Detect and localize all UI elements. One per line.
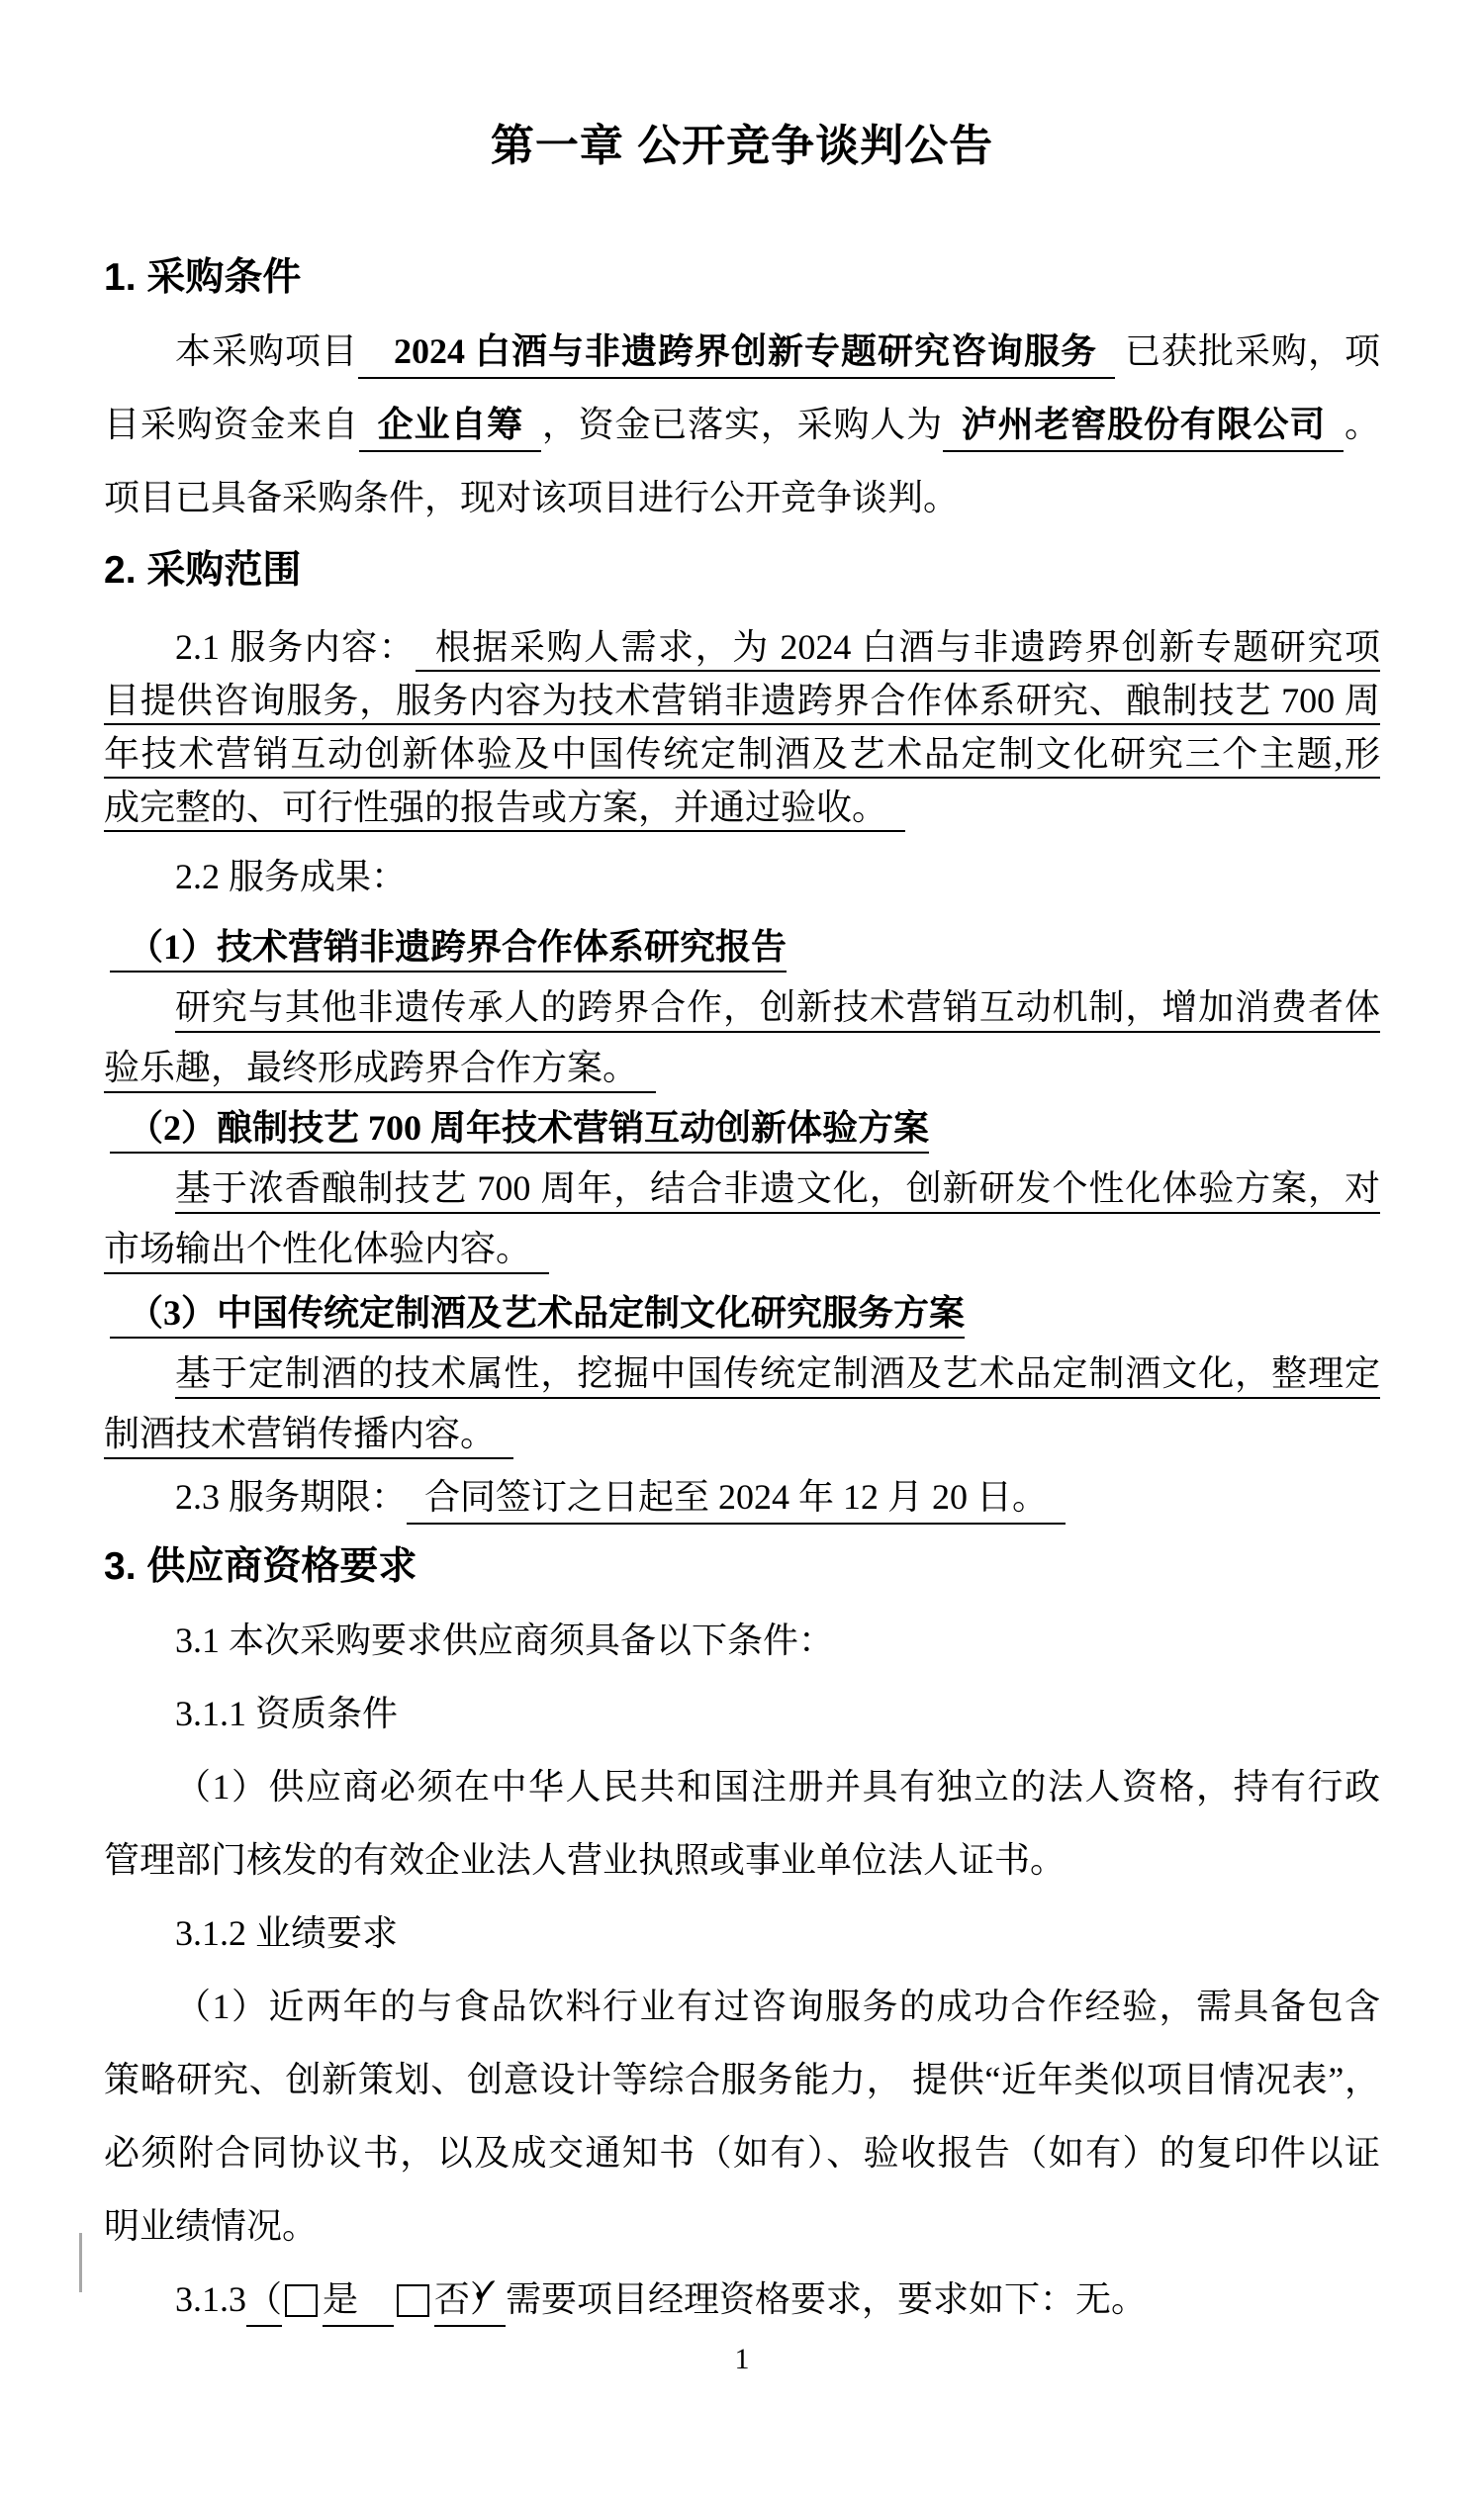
doc-line: 2.3 服务期限： 合同签订之日起至 2024 年 12 月 20 日。 (104, 1464, 1380, 1530)
doc-line: 1. 采购条件 (104, 241, 1380, 315)
text-segment: 成完整的、可行性强的报告或方案，并通过验收。 (104, 788, 905, 832)
revision-marker (79, 2233, 82, 2292)
text-segment: （1）近两年的与食品饮料行业有过咨询服务的成功合作经验，需具备包含 (175, 1987, 1380, 2026)
text-segment: 2.3 服务期限： (175, 1477, 407, 1517)
doc-line: 3.1 本次采购要求供应商须具备以下条件： (104, 1604, 1380, 1677)
text-segment: 验乐趣，最终形成跨界合作方案。 (104, 1048, 656, 1093)
text-segment: （1）技术营销非遗跨界合作体系研究报告 (110, 927, 787, 973)
text-segment: 研究与其他非遗传承人的跨界合作，创新技术营销互动机制，增加消费者体 (175, 987, 1380, 1033)
text-segment: 。 (1344, 405, 1380, 444)
text-segment: 3. 供应商资格要求 (104, 1545, 417, 1588)
text-segment: 1. 采购条件 (104, 256, 301, 299)
text-segment: 合同签订之日起至 2024 年 12 月 20 日。 (407, 1477, 1066, 1525)
doc-line: 3.1.2 业绩要求 (104, 1897, 1380, 1970)
doc-line: 验乐趣，最终形成跨界合作方案。 (104, 1038, 1380, 1098)
text-segment: 3.1.1 资质条件 (175, 1694, 398, 1733)
text-segment: （1）供应商必须在中华人民共和国注册并具有独立的法人资格，持有行政 (175, 1767, 1380, 1807)
doc-line: 明业绩情况。 (104, 2189, 1380, 2263)
text-segment: （3）中国传统定制酒及艺术品定制文化研究服务方案 (110, 1293, 965, 1339)
text-segment: 泸州老窖股份有限公司 (943, 405, 1344, 452)
doc-line: （1）供应商必须在中华人民共和国注册并具有独立的法人资格，持有行政 (104, 1750, 1380, 1823)
document-content: 第一章 公开竞争谈判公告 1. 采购条件本采购项目 2024 白酒与非遗跨界创新… (0, 119, 1484, 2379)
doc-line: 2. 采购范围 (104, 534, 1380, 607)
doc-line: 2.1 服务内容： 根据采购人需求，为 2024 白酒与非遗跨界创新专题研究项 (104, 620, 1380, 674)
text-segment: 基于浓香酿制技艺 700 周年，结合非遗文化，创新研发个性化体验方案，对 (175, 1168, 1380, 1214)
doc-line: （1）技术营销非遗跨界合作体系研究报告 (104, 917, 1380, 977)
text-segment: 2. 采购范围 (104, 549, 301, 592)
text-segment: 年技术营销互动创新体验及中国传统定制酒及艺术品定制文化研究三个主题,形 (104, 734, 1380, 779)
text-segment: 管理部门核发的有效企业法人营业执照或事业单位法人证书。 (104, 1840, 1066, 1880)
doc-line: （1）近两年的与食品饮料行业有过咨询服务的成功合作经验，需具备包含 (104, 1970, 1380, 2043)
doc-line: （2）酿制技艺 700 周年技术营销互动创新体验方案 (104, 1098, 1380, 1159)
text-segment: 策略研究、创新策划、创意设计等综合服务能力， 提供“近年类似项目情况表”， (104, 2060, 1380, 2099)
doc-line: 3. 供应商资格要求 (104, 1530, 1380, 1604)
text-segment: 需要项目经理资格要求，要求如下：无。 (506, 2279, 1147, 2319)
text-segment: 项目已具备采购条件，现对该项目进行公开竞争谈判。 (104, 478, 959, 517)
doc-line: 制酒技术营销传播内容。 (104, 1404, 1380, 1464)
doc-line: 成完整的、可行性强的报告或方案，并通过验收。 (104, 781, 1380, 834)
text-segment: 明业绩情况。 (104, 2206, 318, 2246)
check-mark-icon: ✓ (400, 2274, 501, 2310)
text-segment: 3.1.2 业绩要求 (175, 1913, 398, 1953)
text-segment: 目采购资金来自 (104, 405, 359, 444)
doc-line: 管理部门核发的有效企业法人营业执照或事业单位法人证书。 (104, 1823, 1380, 1897)
page-title: 第一章 公开竞争谈判公告 (104, 119, 1380, 174)
doc-line: 基于浓香酿制技艺 700 周年，结合非遗文化，创新研发个性化体验方案，对 (104, 1159, 1380, 1219)
doc-line: 研究与其他非遗传承人的跨界合作，创新技术营销互动机制，增加消费者体 (104, 977, 1380, 1038)
doc-line: 基于定制酒的技术属性，挖掘中国传统定制酒及艺术品定制酒文化，整理定 (104, 1344, 1380, 1404)
text-segment: 必须附合同协议书，以及成交通知书（如有）、验收报告（如有）的复印件以证 (104, 2133, 1380, 2173)
text-segment: 已获批采购，项 (1115, 331, 1380, 371)
text-segment: 2024 白酒与非遗跨界创新专题研究咨询服务 (358, 331, 1115, 379)
page-number: 1 (104, 2340, 1380, 2379)
text-segment: （2）酿制技艺 700 周年技术营销互动创新体验方案 (110, 1108, 929, 1154)
doc-body: 1. 采购条件本采购项目 2024 白酒与非遗跨界创新专题研究咨询服务 已获批采… (104, 241, 1380, 2336)
text-segment: 基于定制酒的技术属性，挖掘中国传统定制酒及艺术品定制酒文化，整理定 (175, 1353, 1380, 1399)
checkbox-checked-icon: ✓ (397, 2284, 429, 2317)
checkbox-unchecked-icon (285, 2284, 318, 2317)
text-segment: 目提供咨询服务，服务内容为技术营销非遗跨界合作体系研究、酿制技艺 700 周 (104, 681, 1380, 725)
doc-line: （3）中国传统定制酒及艺术品定制文化研究服务方案 (104, 1283, 1380, 1344)
text-segment: 3.1 本次采购要求供应商须具备以下条件： (175, 1621, 834, 1660)
text-segment: ，资金已落实，采购人为 (541, 405, 943, 444)
text-segment: 市场输出个性化体验内容。 (104, 1229, 549, 1274)
text-segment: 制酒技术营销传播内容。 (104, 1414, 513, 1459)
text-segment: 是 (323, 2279, 394, 2327)
doc-line: 目提供咨询服务，服务内容为技术营销非遗跨界合作体系研究、酿制技艺 700 周 (104, 674, 1380, 727)
doc-line: 市场输出个性化体验内容。 (104, 1219, 1380, 1279)
doc-line: 本采购项目 2024 白酒与非遗跨界创新专题研究咨询服务 已获批采购，项 (104, 315, 1380, 388)
doc-line: 3.1.1 资质条件 (104, 1677, 1380, 1750)
document-page: 第一章 公开竞争谈判公告 1. 采购条件本采购项目 2024 白酒与非遗跨界创新… (0, 0, 1484, 2503)
text-segment: 根据采购人需求，为 2024 白酒与非遗跨界创新专题研究项 (416, 627, 1380, 672)
doc-line: 策略研究、创新策划、创意设计等综合服务能力， 提供“近年类似项目情况表”， (104, 2043, 1380, 2116)
doc-line: 年技术营销互动创新体验及中国传统定制酒及艺术品定制文化研究三个主题,形 (104, 727, 1380, 781)
doc-line: 2.2 服务成果： (104, 840, 1380, 913)
doc-line: 项目已具备采购条件，现对该项目进行公开竞争谈判。 (104, 461, 1380, 534)
text-segment: 2.2 服务成果： (175, 857, 407, 896)
doc-line: 必须附合同协议书，以及成交通知书（如有）、验收报告（如有）的复印件以证 (104, 2116, 1380, 2189)
text-segment: 企业自筹 (359, 405, 541, 452)
text-segment: 2.1 服务内容： (175, 627, 416, 667)
text-segment: 本采购项目 (175, 331, 358, 371)
text-segment: （ (246, 2279, 282, 2327)
text-segment: 3.1.3 (175, 2279, 246, 2319)
doc-line: 3.1.3（是 ✓否）需要项目经理资格要求，要求如下：无。 (104, 2263, 1380, 2336)
doc-line: 目采购资金来自 企业自筹 ，资金已落实，采购人为 泸州老窖股份有限公司 。 (104, 388, 1380, 461)
